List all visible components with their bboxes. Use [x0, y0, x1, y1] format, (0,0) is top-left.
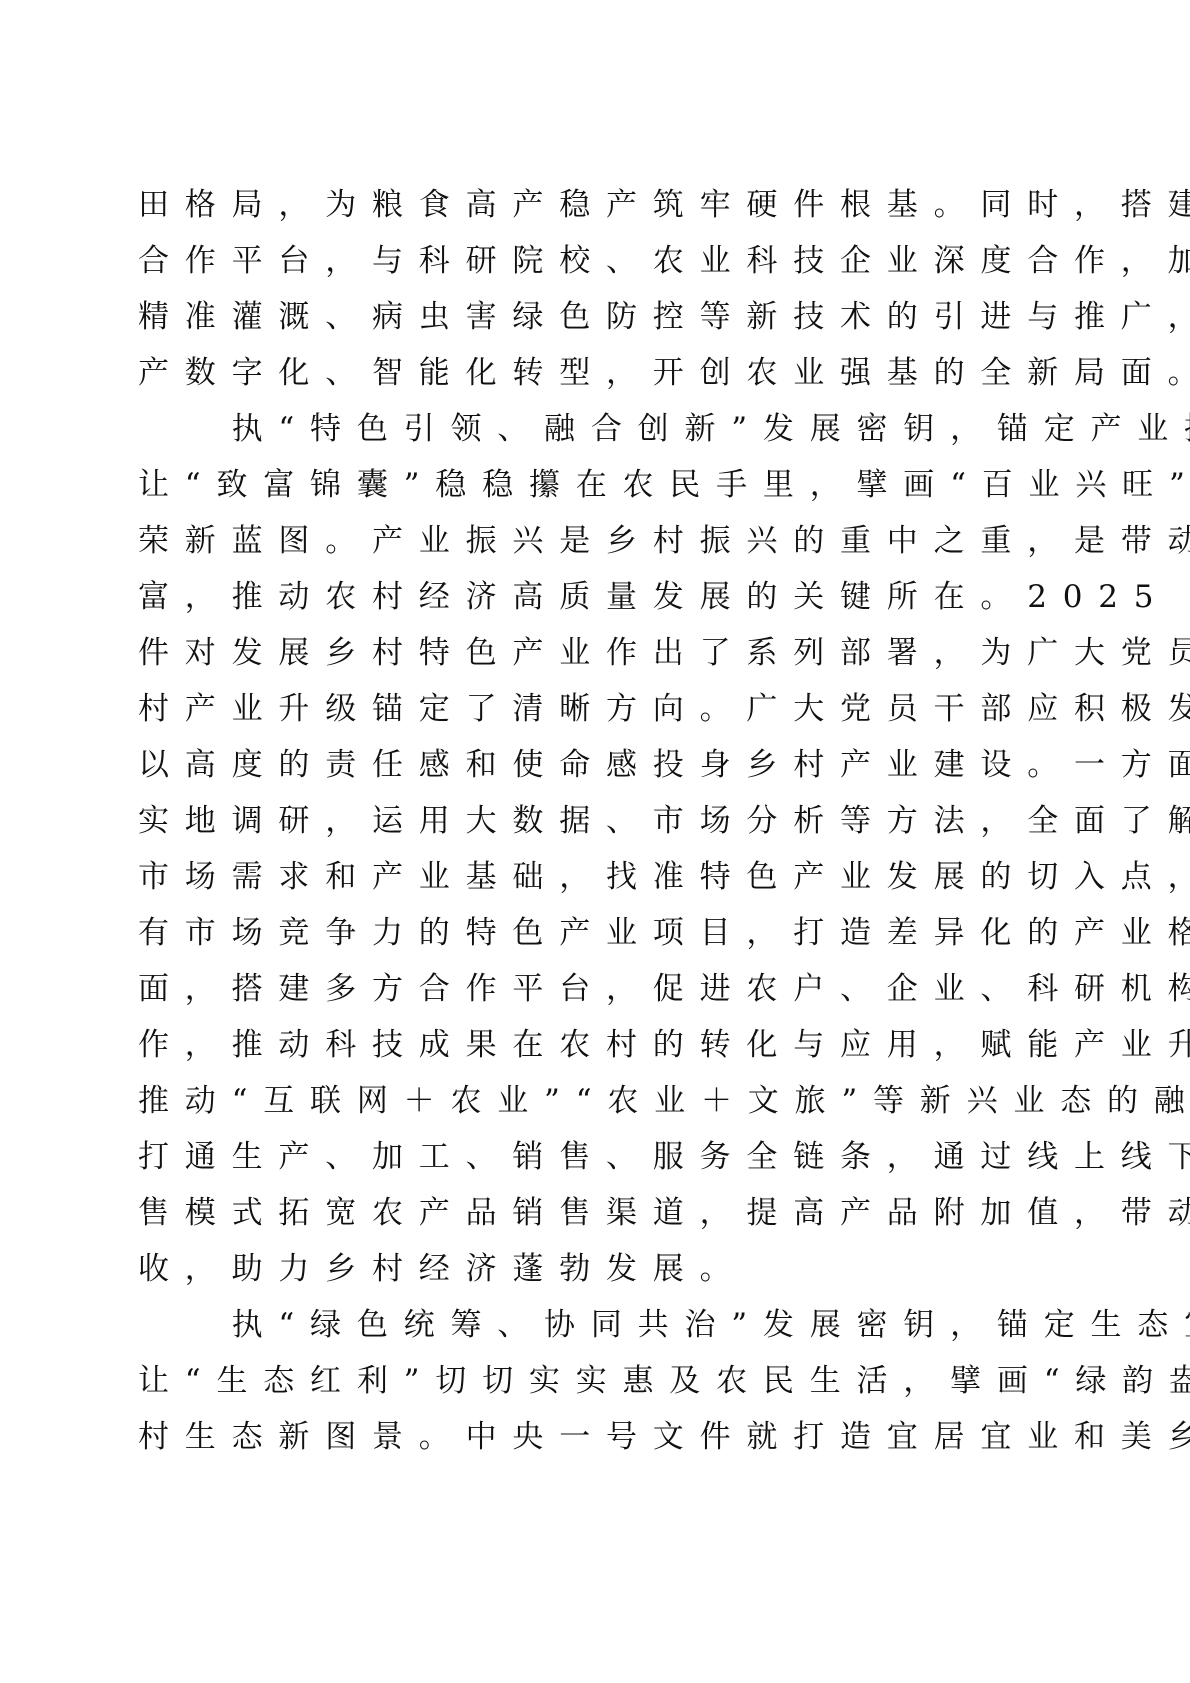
text-line: 以高度的责任感和使命感投身乡村产业建设。一方面，深入开展 [138, 737, 1038, 793]
text-line: 合作平台，与科研院校、农业科技企业深度合作，加快智能播种、 [138, 233, 1038, 289]
text-line: 收，助力乡村经济蓬勃发展。 [138, 1241, 1038, 1297]
text-line: 让“生态红利”切切实实惠及农民生活，擘画“绿韵盎然”的乡 [138, 1353, 1038, 1409]
text-line: 田格局，为粮食高产稳产筑牢硬件根基。同时，搭建农业产学研 [138, 177, 1038, 233]
text-line: 推动“互联网＋农业”“农业＋文旅”等新兴业态的融合发展， [138, 1073, 1038, 1129]
paragraph-1: 田格局，为粮食高产稳产筑牢硬件根基。同时，搭建农业产学研 合作平台，与科研院校、… [138, 177, 1038, 401]
text-line: 富，推动农村经济高质量发展的关键所在。2025 年中央一号文 [138, 569, 1038, 625]
text-line: 让“致富锦囊”稳稳攥在农民手里，擘画“百业兴旺”的乡村繁 [138, 457, 1038, 513]
paragraph-3: 执“绿色统筹、协同共治”发展密钥，锚定生态宜居方向， 让“生态红利”切切实实惠及… [138, 1297, 1038, 1465]
text-line: 售模式拓宽农产品销售渠道，提高产品附加值，带动农民持续增 [138, 1185, 1038, 1241]
text-line: 产数字化、智能化转型，开创农业强基的全新局面。 [138, 345, 1038, 401]
text-line: 打通生产、加工、销售、服务全链条，通过线上线下相结合的销 [138, 1129, 1038, 1185]
text-line: 有市场竞争力的特色产业项目，打造差异化的产业格局。另一方 [138, 905, 1038, 961]
text-line: 市场需求和产业基础，找准特色产业发展的切入点，精心培育具 [138, 849, 1038, 905]
paragraph-2: 执“特色引领、融合创新”发展密钥，锚定产业振兴方向， 让“致富锦囊”稳稳攥在农民… [138, 401, 1038, 1297]
text-line: 面，搭建多方合作平台，促进农户、企业、科研机构的交流与合 [138, 961, 1038, 1017]
text-line: 实地调研，运用大数据、市场分析等方法，全面了解本地资源、 [138, 793, 1038, 849]
text-line: 执“绿色统筹、协同共治”发展密钥，锚定生态宜居方向， [138, 1297, 1038, 1353]
text-line: 作，推动科技成果在农村的转化与应用，赋能产业升级。同时， [138, 1017, 1038, 1073]
text-line: 村产业升级锚定了清晰方向。广大党员干部应积极发挥引领作用， [138, 681, 1038, 737]
body-text: 田格局，为粮食高产稳产筑牢硬件根基。同时，搭建农业产学研 合作平台，与科研院校、… [138, 177, 1038, 1465]
text-line: 件对发展乡村特色产业作出了系列部署，为广大党员干部推动乡 [138, 625, 1038, 681]
text-line: 村生态新图景。中央一号文件就打造宜居宜业和美乡村、推动乡 [138, 1409, 1038, 1465]
text-line: 执“特色引领、融合创新”发展密钥，锚定产业振兴方向， [138, 401, 1038, 457]
document-page: 田格局，为粮食高产稳产筑牢硬件根基。同时，搭建农业产学研 合作平台，与科研院校、… [0, 0, 1190, 1683]
text-line: 精准灌溉、病虫害绿色防控等新技术的引进与推广，推动农业生 [138, 289, 1038, 345]
text-line: 荣新蓝图。产业振兴是乡村振兴的重中之重，是带动农民增收致 [138, 513, 1038, 569]
